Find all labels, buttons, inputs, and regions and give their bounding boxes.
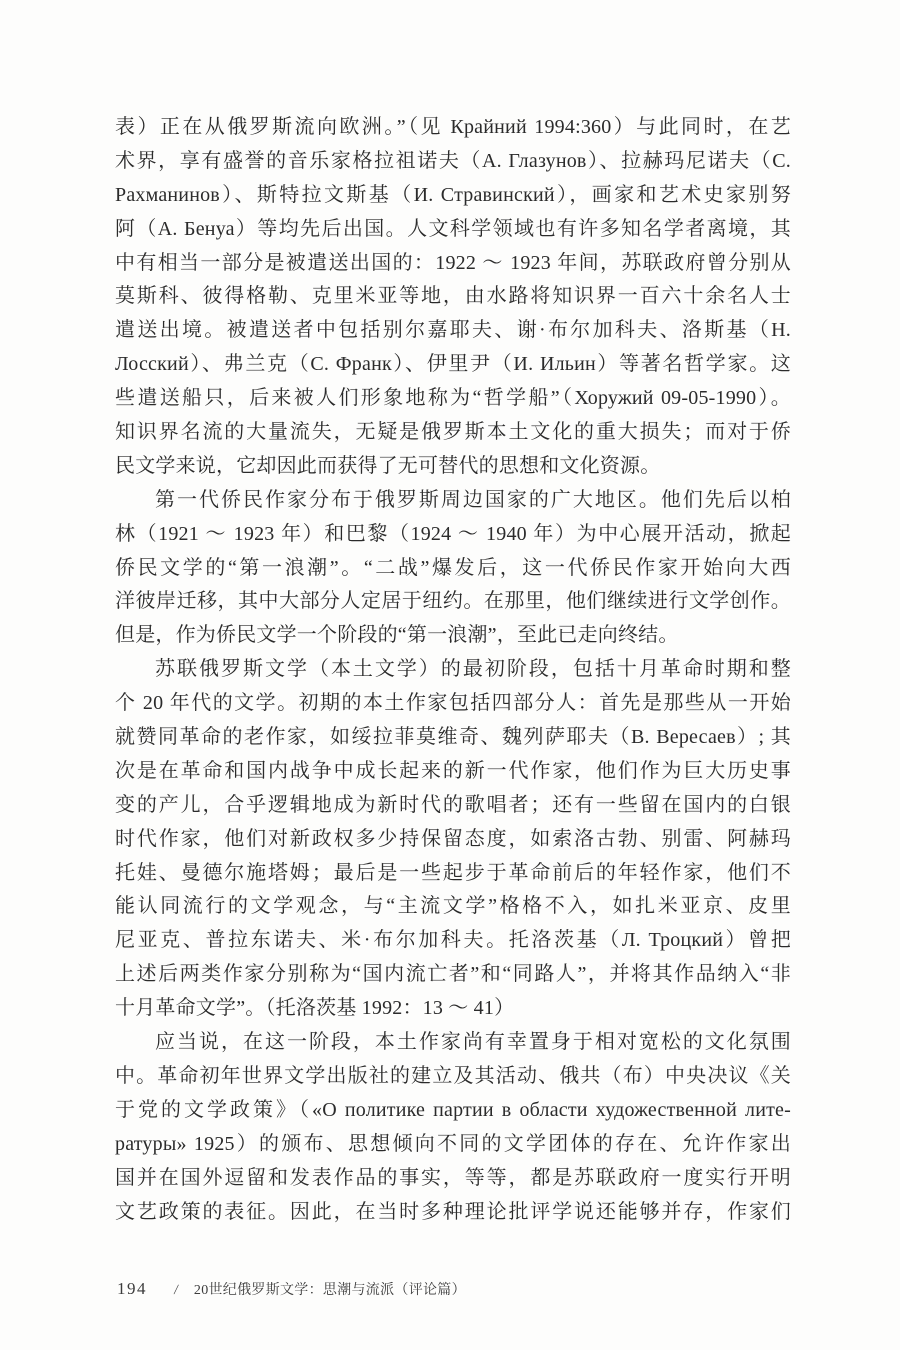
text-line: 表）正在从俄罗斯流向欧洲。”（见 Крайний 1994:360）与此同时，在…	[115, 111, 791, 145]
text-line: 变的产儿，合乎逻辑地成为新时代的歌唱者；还有一些留在国内的白银	[115, 789, 791, 823]
book-title: 20世纪俄罗斯文学：思潮与流派（评论篇）	[194, 1279, 466, 1299]
text-line: 林（1921 ～ 1923 年）和巴黎（1924 ～ 1940 年）为中心展开活…	[115, 518, 791, 552]
text-line: 苏联俄罗斯文学（本土文学）的最初阶段，包括十月革命时期和整	[115, 653, 791, 687]
text-line: 国并在国外逗留和发表作品的事实，等等，都是苏联政府一度实行开明	[115, 1162, 791, 1196]
text-line: 就赞同革命的老作家，如绥拉菲莫维奇、魏列萨耶夫（В. Вересаев）; 其	[115, 721, 791, 755]
text-line: 知识界名流的大量流失，无疑是俄罗斯本土文化的重大损失；而对于侨	[115, 416, 791, 450]
text-line: 上述后两类作家分别称为“国内流亡者”和“同路人”，并将其作品纳入“非	[115, 958, 791, 992]
page-footer: 194 / 20世纪俄罗斯文学：思潮与流派（评论篇）	[117, 1279, 466, 1299]
body-text: 表）正在从俄罗斯流向欧洲。”（见 Крайний 1994:360）与此同时，在…	[115, 111, 791, 1229]
text-line: 遣送出境。被遣送者中包括别尔嘉耶夫、谢·布尔加科夫、洛斯基（Н.	[115, 314, 791, 348]
footer-separator: /	[173, 1283, 179, 1299]
text-line: 次是在革命和国内战争中成长起来的新一代作家，他们作为巨大历史事	[115, 755, 791, 789]
text-line: 侨民文学的“第一浪潮”。“二战”爆发后，这一代侨民作家开始向大西	[115, 552, 791, 586]
text-line: 洋彼岸迁移，其中大部分人定居于纽约。在那里，他们继续进行文学创作。	[115, 585, 791, 619]
text-line: 个 20 年代的文学。初期的本土作家包括四部分人：首先是那些从一开始	[115, 687, 791, 721]
text-line: 但是，作为侨民文学一个阶段的“第一浪潮”，至此已走向终结。	[115, 619, 791, 653]
text-line: 能认同流行的文学观念，与“主流文学”格格不入，如扎米亚京、皮里	[115, 890, 791, 924]
book-page: 表）正在从俄罗斯流向欧洲。”（见 Крайний 1994:360）与此同时，在…	[0, 0, 900, 1350]
text-line: 尼亚克、普拉东诺夫、米·布尔加科夫。托洛茨基（Л. Троцкий）曾把	[115, 924, 791, 958]
text-line: 十月革命文学”。（托洛茨基 1992：13 ～ 41）	[115, 992, 791, 1026]
page-number: 194	[117, 1279, 147, 1299]
text-line: 文艺政策的表征。因此，在当时多种理论批评学说还能够并存，作家们	[115, 1196, 791, 1230]
text-line: 托娃、曼德尔施塔姆；最后是一些起步于革命前后的年轻作家，他们不	[115, 857, 791, 891]
text-line: 莫斯科、彼得格勒、克里米亚等地，由水路将知识界一百六十余名人士	[115, 280, 791, 314]
text-line: 中。革命初年世界文学出版社的建立及其活动、俄共（布）中央决议《关	[115, 1060, 791, 1094]
text-line: ратуры» 1925）的颁布、思想倾向不同的文学团体的存在、允许作家出	[115, 1128, 791, 1162]
text-line: 第一代侨民作家分布于俄罗斯周边国家的广大地区。他们先后以柏	[115, 484, 791, 518]
text-line: 阿（А. Бенуа）等均先后出国。人文科学领域也有许多知名学者离境，其	[115, 213, 791, 247]
text-line: 应当说，在这一阶段，本土作家尚有幸置身于相对宽松的文化氛围	[115, 1026, 791, 1060]
text-line: 时代作家，他们对新政权多少持保留态度，如索洛古勃、别雷、阿赫玛	[115, 823, 791, 857]
text-line: Лосский）、弗兰克（С. Франк）、伊里尹（И. Ильин）等著名哲…	[115, 348, 791, 382]
text-line: Рахманинов）、斯特拉文斯基（И. Стравинский），画家和艺术…	[115, 179, 791, 213]
text-line: 些遣送船只，后来被人们形象地称为“哲学船”（Хоружий 09-05-1990…	[115, 382, 791, 416]
text-line: 中有相当一部分是被遣送出国的：1922 ～ 1923 年间，苏联政府曾分别从	[115, 247, 791, 281]
text-line: 民文学来说，它却因此而获得了无可替代的思想和文化资源。	[115, 450, 791, 484]
text-line: 术界，享有盛誉的音乐家格拉祖诺夫（А. Глазунов）、拉赫玛尼诺夫（С.	[115, 145, 791, 179]
text-line: 于党的文学政策》（«О политике партии в области ху…	[115, 1094, 791, 1128]
